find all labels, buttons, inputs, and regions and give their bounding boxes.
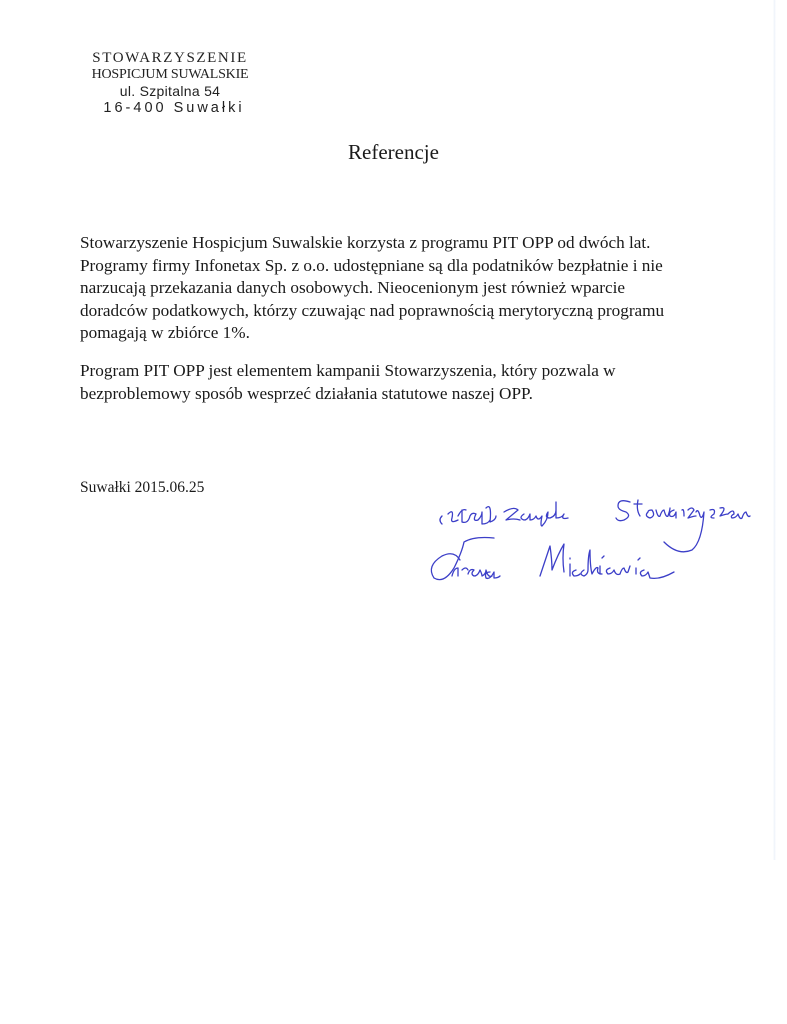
paragraph-line: pomagają w zbiórce 1%. bbox=[80, 322, 760, 345]
paragraph-line: narzucają przekazania danych osobowych. … bbox=[80, 277, 760, 300]
signature-drawing bbox=[420, 480, 780, 610]
signature-role-line bbox=[440, 500, 750, 552]
handwritten-signature bbox=[420, 480, 780, 610]
paragraph-line: doradców podatkowych, którzy czuwając na… bbox=[80, 300, 760, 323]
scan-edge-line bbox=[773, 0, 776, 860]
paragraph-2: Program PIT OPP jest elementem kampanii … bbox=[80, 360, 760, 405]
paragraph-line: Programy firmy Infonetax Sp. z o.o. udos… bbox=[80, 255, 760, 278]
paragraph-line: Program PIT OPP jest elementem kampanii … bbox=[80, 360, 760, 383]
paragraph-line: Stowarzyszenie Hospicjum Suwalskie korzy… bbox=[80, 232, 760, 255]
signature-name-line bbox=[431, 538, 674, 580]
paragraph-1: Stowarzyszenie Hospicjum Suwalskie korzy… bbox=[80, 232, 760, 345]
organization-stamp: STOWARZYSZENIE HOSPICJUM SUWALSKIE ul. S… bbox=[80, 50, 260, 117]
stamp-line-org-type: STOWARZYSZENIE bbox=[80, 50, 260, 67]
place-and-date: Suwałki 2015.06.25 bbox=[80, 479, 204, 497]
document-title: Referencje bbox=[0, 140, 787, 165]
stamp-line-city: 16-400 Suwałki bbox=[88, 100, 260, 117]
stamp-line-street: ul. Szpitalna 54 bbox=[80, 83, 260, 100]
stamp-line-org-name: HOSPICJUM SUWALSKIE bbox=[80, 67, 260, 83]
paragraph-line: bezproblemowy sposób wesprzeć działania … bbox=[80, 383, 760, 406]
